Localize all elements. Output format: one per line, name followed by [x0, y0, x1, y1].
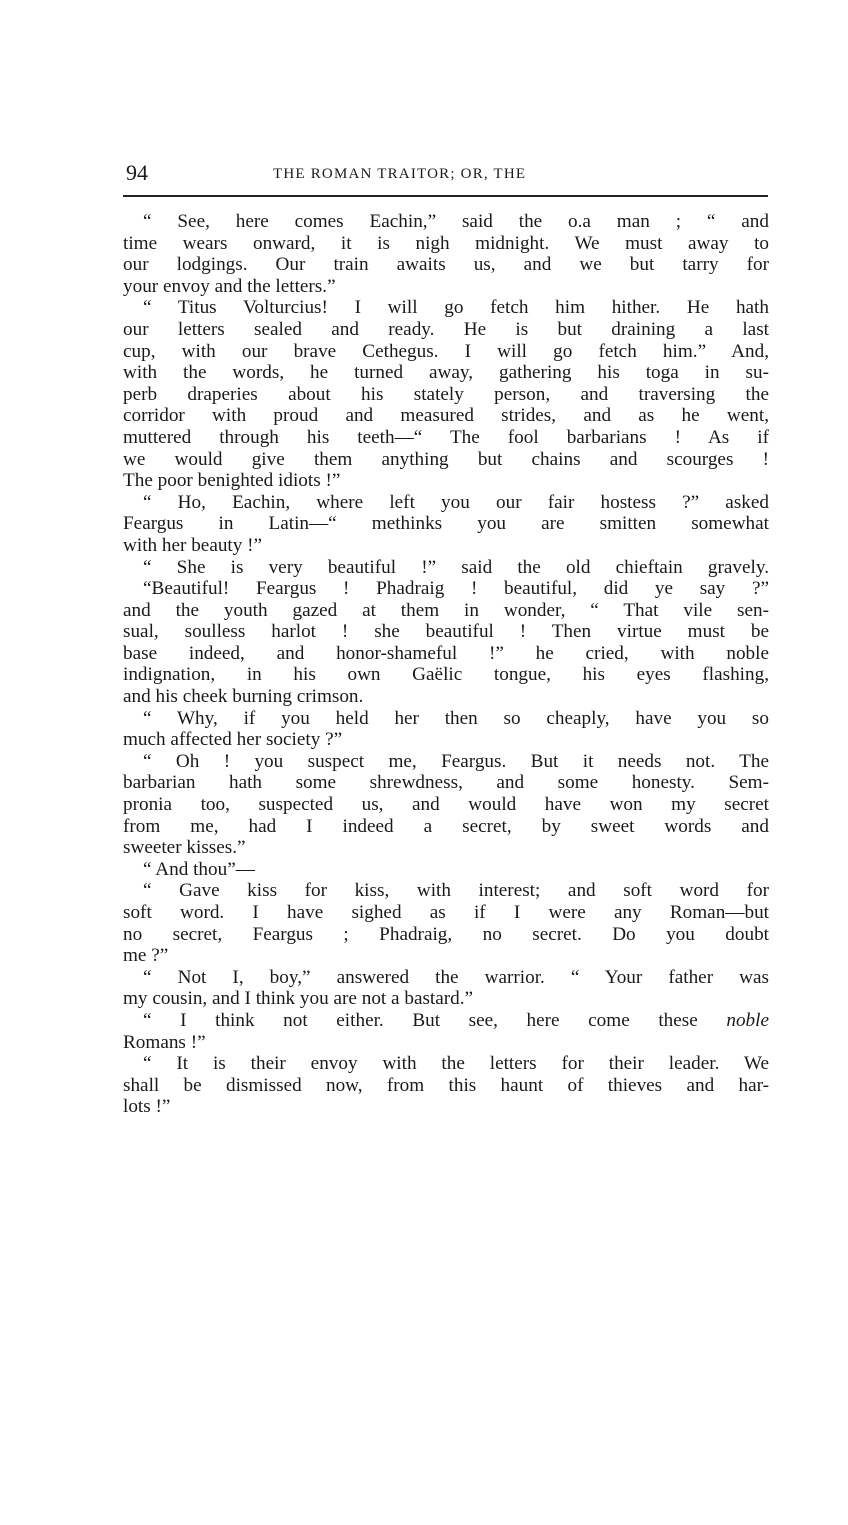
text-line-content: our lodgings. Our train awaits us, and w… [123, 254, 769, 275]
text-line: sual, soulless harlot ! she beautiful ! … [123, 621, 769, 643]
text-line-content: “ And thou”— [143, 859, 255, 880]
text-line: time wears onward, it is nigh midnight. … [123, 233, 769, 255]
text-line-content: and his cheek burning crimson. [123, 686, 363, 707]
text-line: base indeed, and honor-shameful !” he cr… [123, 643, 769, 665]
text-line-content: my cousin, and I think you are not a bas… [123, 988, 473, 1009]
text-line-content: base indeed, and honor-shameful !” he cr… [123, 643, 769, 664]
text-line: and his cheek burning crimson. [123, 686, 769, 708]
text-line-content: we would give them anything but chains a… [123, 449, 769, 470]
text-line-content: “ She is very beautiful !” said the old … [143, 557, 769, 578]
text-line-content: “ Gave kiss for kiss, with interest; and… [143, 880, 769, 901]
text-line: “ See, here comes Eachin,” said the o.a … [123, 211, 769, 233]
text-line-content: no secret, Feargus ; Phadraig, no secret… [123, 924, 769, 945]
text-line: your envoy and the letters.” [123, 276, 769, 298]
text-line-content: “ I think not either. But see, here come… [143, 1010, 726, 1031]
text-line-content: shall be dismissed now, from this haunt … [123, 1075, 769, 1096]
text-line-content: The poor benighted idiots !” [123, 470, 340, 491]
text-line: Romans !” [123, 1032, 769, 1054]
text-line-content: time wears onward, it is nigh midnight. … [123, 233, 769, 254]
text-line-content: indignation, in his own Gaëlic tongue, h… [123, 664, 769, 685]
text-line: barbarian hath some shrewdness, and some… [123, 772, 769, 794]
text-line-content: “ Why, if you held her then so cheaply, … [143, 708, 769, 729]
text-line: “ Gave kiss for kiss, with interest; and… [123, 880, 769, 902]
text-line-content: “ Not I, boy,” answered the warrior. “ Y… [143, 967, 769, 988]
text-line: sweeter kisses.” [123, 837, 769, 859]
text-line: and the youth gazed at them in wonder, “… [123, 600, 769, 622]
text-line-content: with the words, he turned away, gatherin… [123, 362, 769, 383]
text-line-content: muttered through his teeth—“ The fool ba… [123, 427, 769, 448]
page-number: 94 [126, 160, 148, 186]
text-line: much affected her society ?” [123, 729, 769, 751]
text-line-content: with her beauty !” [123, 535, 262, 556]
text-line: shall be dismissed now, from this haunt … [123, 1075, 769, 1097]
text-line: my cousin, and I think you are not a bas… [123, 988, 769, 1010]
text-line: “ Oh ! you suspect me, Feargus. But it n… [123, 751, 769, 773]
text-line: no secret, Feargus ; Phadraig, no secret… [123, 924, 769, 946]
text-line: “ It is their envoy with the letters for… [123, 1053, 769, 1075]
body-text: “ See, here comes Eachin,” said the o.a … [123, 211, 769, 1118]
text-line: muttered through his teeth—“ The fool ba… [123, 427, 769, 449]
text-line: “ Ho, Eachin, where left you our fair ho… [123, 492, 769, 514]
text-line: with the words, he turned away, gatherin… [123, 362, 769, 384]
text-line: from me, had I indeed a secret, by sweet… [123, 816, 769, 838]
text-line-content: corridor with proud and measured strides… [123, 405, 769, 426]
text-line: corridor with proud and measured strides… [123, 405, 769, 427]
text-line-content: barbarian hath some shrewdness, and some… [123, 772, 769, 793]
text-line: me ?” [123, 945, 769, 967]
text-line: “ Why, if you held her then so cheaply, … [123, 708, 769, 730]
italic-emphasis: noble [726, 1010, 769, 1031]
text-line-content: “ Titus Volturcius! I will go fetch him … [143, 297, 769, 318]
text-line: “ Titus Volturcius! I will go fetch him … [123, 297, 769, 319]
text-line: soft word. I have sighed as if I were an… [123, 902, 769, 924]
text-line: “ Not I, boy,” answered the warrior. “ Y… [123, 967, 769, 989]
text-line-content: Feargus in Latin—“ methinks you are smit… [123, 513, 769, 534]
running-head: 94 THE ROMAN TRAITOR; OR, THE [123, 160, 769, 188]
text-line: pronia too, suspected us, and would have… [123, 794, 769, 816]
text-line: our letters sealed and ready. He is but … [123, 319, 769, 341]
text-line-content: cup, with our brave Cethegus. I will go … [123, 341, 769, 362]
text-line: Feargus in Latin—“ methinks you are smit… [123, 513, 769, 535]
text-line: The poor benighted idiots !” [123, 470, 769, 492]
text-line: we would give them anything but chains a… [123, 449, 769, 471]
text-line-content: your envoy and the letters.” [123, 276, 336, 297]
text-line: lots !” [123, 1096, 769, 1118]
text-line: with her beauty !” [123, 535, 769, 557]
text-line: “Beautiful! Feargus ! Phadraig ! beautif… [123, 578, 769, 600]
text-line-content: sual, soulless harlot ! she beautiful ! … [123, 621, 769, 642]
text-line-content: “ It is their envoy with the letters for… [143, 1053, 769, 1074]
text-line-content: from me, had I indeed a secret, by sweet… [123, 816, 769, 837]
text-line-content: “ Ho, Eachin, where left you our fair ho… [143, 492, 769, 513]
text-line-content: Romans !” [123, 1032, 206, 1053]
text-line: our lodgings. Our train awaits us, and w… [123, 254, 769, 276]
text-line: cup, with our brave Cethegus. I will go … [123, 341, 769, 363]
text-line: “ She is very beautiful !” said the old … [123, 557, 769, 579]
text-line: “ And thou”— [123, 859, 769, 881]
text-line-content: lots !” [123, 1096, 170, 1117]
text-line-content: “Beautiful! Feargus ! Phadraig ! beautif… [143, 578, 769, 599]
text-line-content: soft word. I have sighed as if I were an… [123, 902, 769, 923]
text-line-content: perb draperies about his stately person,… [123, 384, 769, 405]
text-line-content: our letters sealed and ready. He is but … [123, 319, 769, 340]
text-line: “ I think not either. But see, here come… [123, 1010, 769, 1032]
text-line-content: “ See, here comes Eachin,” said the o.a … [143, 211, 769, 232]
running-title: THE ROMAN TRAITOR; OR, THE [273, 164, 526, 184]
text-line-content: much affected her society ?” [123, 729, 342, 750]
header-rule [123, 195, 768, 197]
text-line-content: pronia too, suspected us, and would have… [123, 794, 769, 815]
text-line-content: and the youth gazed at them in wonder, “… [123, 600, 769, 621]
text-line-content: me ?” [123, 945, 168, 966]
text-line: perb draperies about his stately person,… [123, 384, 769, 406]
text-line: indignation, in his own Gaëlic tongue, h… [123, 664, 769, 686]
text-line-content: sweeter kisses.” [123, 837, 246, 858]
text-line-content: “ Oh ! you suspect me, Feargus. But it n… [143, 751, 769, 772]
